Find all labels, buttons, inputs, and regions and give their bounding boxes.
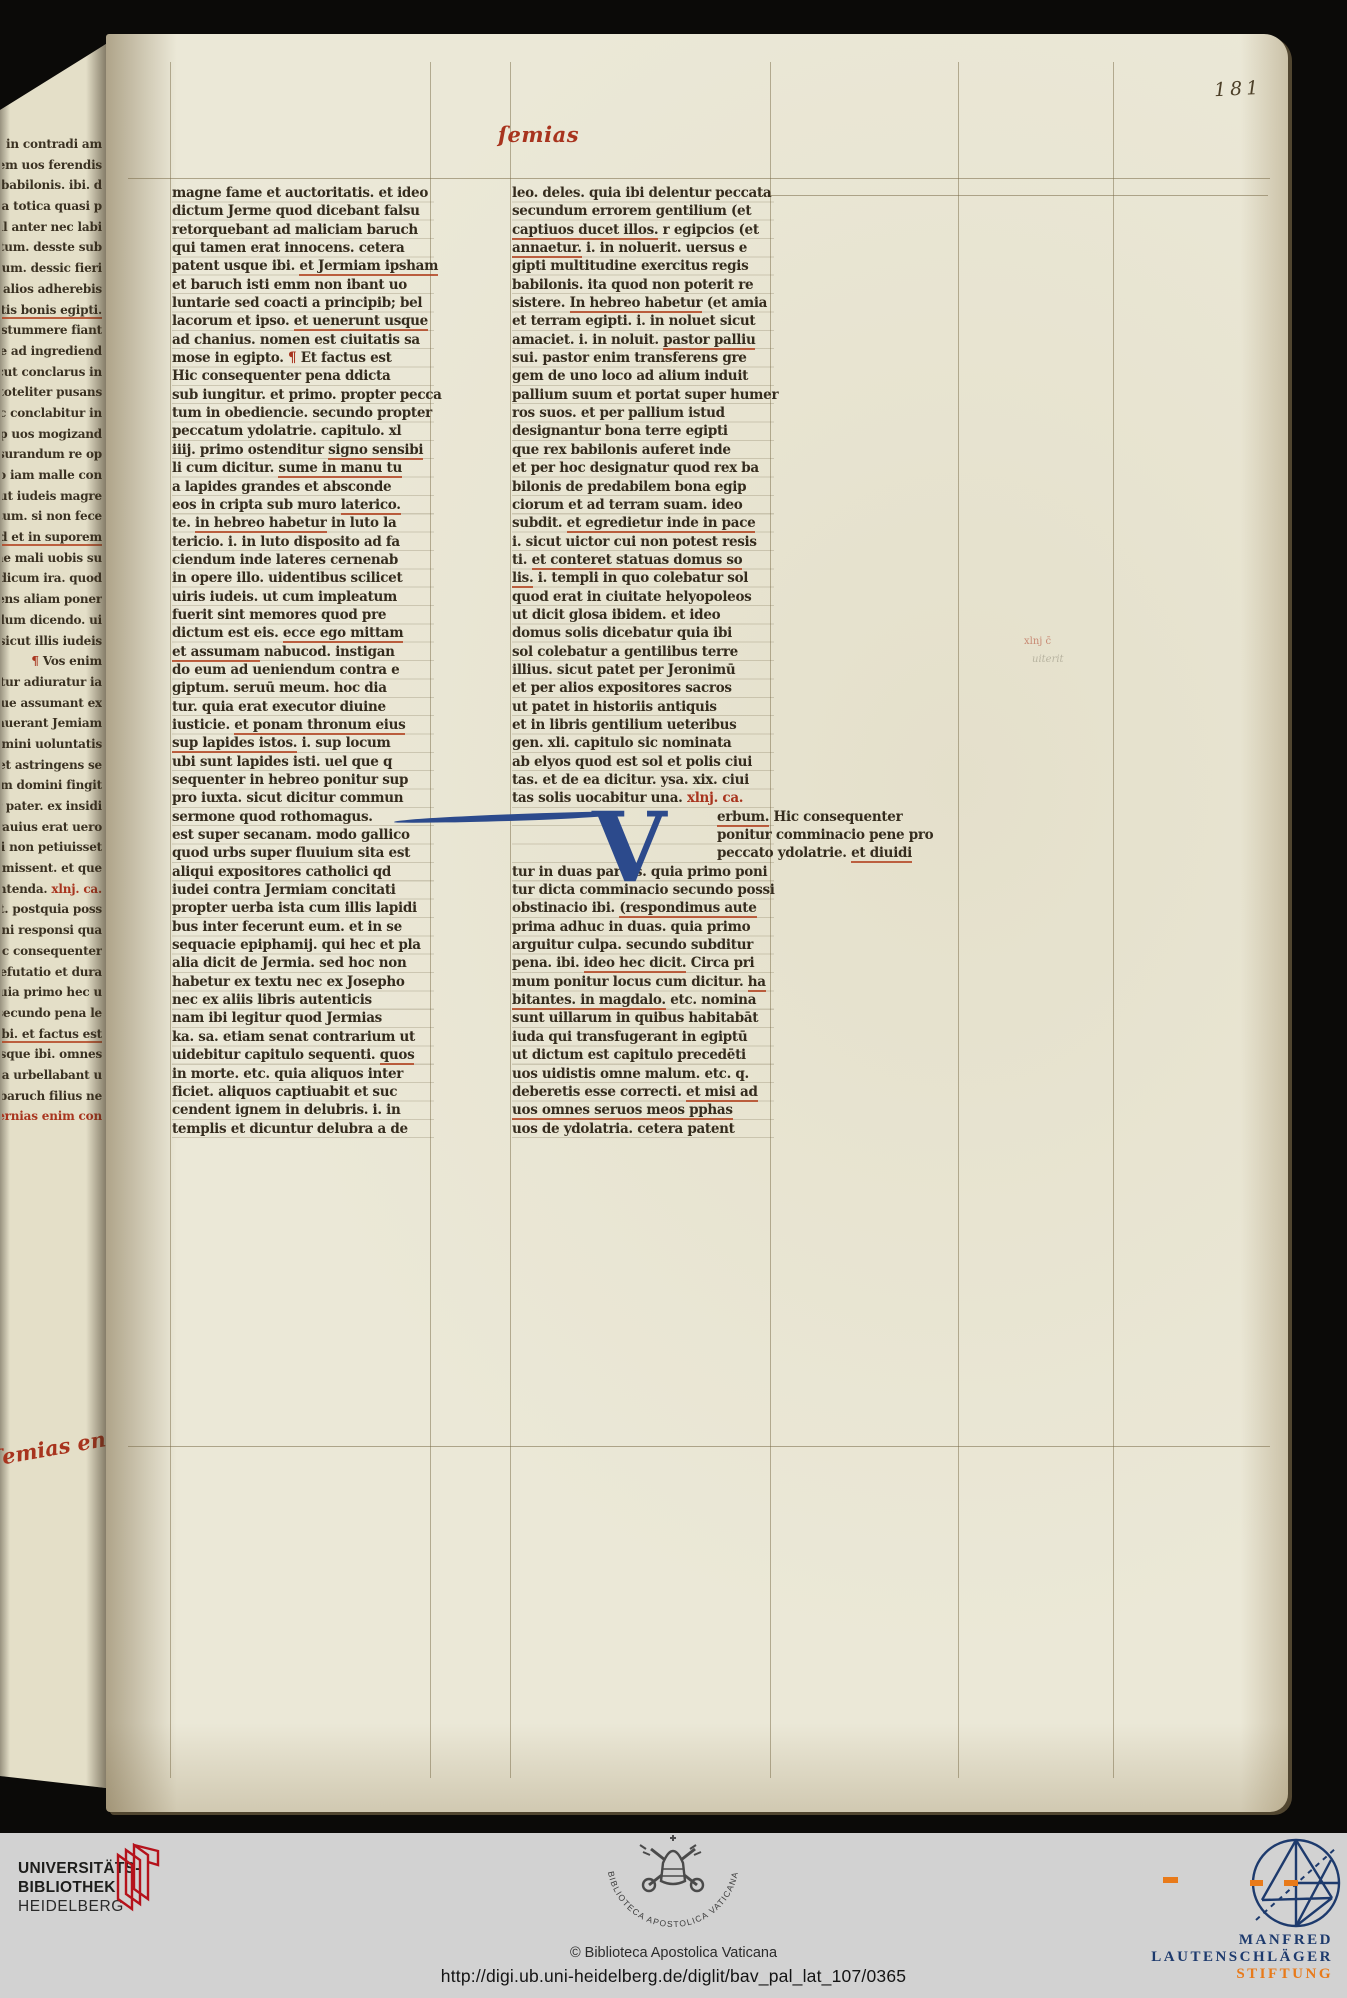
manuscript-line: et per hoc designatur quod rex ba (512, 459, 774, 477)
manuscript-line: qui tamen erat innocens. cetera (172, 239, 434, 257)
manuscript-line: templis et dicuntur delubra a de (172, 1120, 434, 1138)
running-title: ſemias (498, 122, 579, 147)
manuscript-line: uos omnes seruos meos pphas (512, 1101, 774, 1119)
manuscript-line: te. in hebreo habetur in luto la (172, 514, 434, 532)
manuscript-line: sistere. In hebreo habetur (et amia (512, 294, 774, 312)
manuscript-line: peccatum ydolatrie. capitulo. xl (172, 422, 434, 440)
manuscript-line: domus solis dicebatur quia ibi (512, 624, 774, 642)
mls-line1: MANFRED (1151, 1932, 1333, 1949)
manuscript-line: et baruch isti emm non ibant uo (172, 276, 434, 294)
ruling-vertical (1113, 62, 1114, 1778)
gutter-crease (86, 36, 106, 1798)
manuscript-line: pallium suum et portat super humer (512, 386, 774, 404)
manuscript-line: designantur bona terre egipti (512, 422, 774, 440)
manuscript-line: sui. pastor enim transferens gre (512, 349, 774, 367)
manuscript-line: est super secanam. modo gallico (172, 826, 434, 844)
manuscript-line: sup lapides istos. i. sup locum (172, 734, 434, 752)
manuscript-line: dictum Jerme quod dicebant falsu (172, 202, 434, 220)
manuscript-line: babilonis. ita quod non poterit re (512, 276, 774, 294)
mls-foundation-logo: MANFRED LAUTENSCHLÄGER STIFTUNG (1151, 1932, 1333, 1983)
folio-number: 181 (1213, 77, 1262, 101)
manuscript-line: ab elyos quod est sol et polis ciui (512, 753, 774, 771)
manuscript-line: amaciet. i. in noluit. pastor palliu (512, 331, 774, 349)
manuscript-line: sunt uillarum in quibus habitabāt (512, 1009, 774, 1027)
ruling-horizontal-top2 (770, 195, 1268, 196)
manuscript-line: iuda qui transfugerant in egiptū (512, 1028, 774, 1046)
illuminated-initial: V (592, 800, 666, 896)
manuscript-line: nec ex aliis libris autenticis (172, 991, 434, 1009)
manuscript-line: ciorum et ad terram suam. ideo (512, 496, 774, 514)
manuscript-line: subdit. et egredietur inde in pace (512, 514, 774, 532)
text-column-left: magne fame et auctoritatis. et ideodictu… (172, 184, 434, 1138)
manuscript-line: nam ibi legitur quod Jermias (172, 1009, 434, 1027)
manuscript-line: que rex babilonis auferet inde (512, 441, 774, 459)
manuscript-line: retorquebant ad maliciam baruch (172, 221, 434, 239)
manuscript-line: eos in cripta sub muro laterico. (172, 496, 434, 514)
manuscript-line: ficiet. aliquos captiuabit et suc (172, 1083, 434, 1101)
manuscript-line: iusticie. et ponam thronum eius (172, 716, 434, 734)
manuscript-line: bus inter fecerunt eum. et in se (172, 918, 434, 936)
manuscript-line: ad chanius. nomen est ciuitatis sa (172, 331, 434, 349)
manuscript-line: lis. i. templi in quo colebatur sol (512, 569, 774, 587)
manuscript-line: sequenter in hebreo ponitur sup (172, 771, 434, 789)
ruling-horizontal-top (128, 178, 1270, 179)
mls-orange-dash (1163, 1877, 1178, 1883)
manuscript-line: uidebitur capitulo sequenti. quos (172, 1046, 434, 1064)
manuscript-line: uos uidistis omne malum. etc. q. (512, 1065, 774, 1083)
manuscript-line: do eum ad ueniendum contra e (172, 661, 434, 679)
manuscript-line: cendent ignem in delubris. i. in (172, 1101, 434, 1119)
vatican-seal-icon: BIBLIOTECA APOSTOLICA VATICANA (583, 1833, 763, 1937)
manuscript-line: mose in egipto. ¶ Et factus est (172, 349, 434, 367)
manuscript-line: sermone quod rothomagus. (172, 808, 434, 826)
manuscript-line: gem de uno loco ad alium induit (512, 367, 774, 385)
manuscript-line: quod urbs super fluuium sita est (172, 844, 434, 862)
footer-bar: UNIVERSITÄTS- BIBLIOTHEK HEIDELBERG (0, 1833, 1347, 1998)
manuscript-line: annaetur. i. in noluerit. uersus e (512, 239, 774, 257)
manuscript-line: secundum errorem gentilium (et (512, 202, 774, 220)
manuscript-line: bilonis de predabilem bona egip (512, 478, 774, 496)
copyright-text: © Biblioteca Apostolica Vaticana (0, 1945, 1347, 1961)
page-scan: ne in contradi amas quem uos ferendisus … (0, 0, 1347, 1998)
source-url: http://digi.ub.uni-heidelberg.de/diglit/… (0, 1966, 1347, 1987)
manuscript-line: quod erat in ciuitate helyopoleos (512, 588, 774, 606)
manuscript-line: tum in obediencie. secundo propter (172, 404, 434, 422)
manuscript-line: lacorum et ipso. et uenerunt usque (172, 312, 434, 330)
manuscript-line: habetur ex textu nec ex Josepho (172, 973, 434, 991)
manuscript-line: ka. sa. etiam senat contrarium ut (172, 1028, 434, 1046)
manuscript-line: iiij. primo ostenditur signo sensibi (172, 441, 434, 459)
manuscript-line: sub iungitur. et primo. propter pecca (172, 386, 434, 404)
manuscript-line: ciendum inde lateres cernenab (172, 551, 434, 569)
manuscript-line: li cum dicitur. sume in manu tu (172, 459, 434, 477)
ruling-vertical (958, 62, 959, 1778)
ruling-horizontal-bottom (128, 1446, 1270, 1447)
manuscript-line: a lapides grandes et absconde (172, 478, 434, 496)
manuscript-line: dictum est eis. ecce ego mittam (172, 624, 434, 642)
manuscript-line: et assumam nabucod. instigan (172, 643, 434, 661)
manuscript-line: uiris iudeis. ut cum impleatum (172, 588, 434, 606)
manuscript-line: fuerit sint memores quod pre (172, 606, 434, 624)
manuscript-line: uos de ydolatria. cetera patent (512, 1120, 774, 1138)
manuscript-line: bitantes. in magdalo. etc. nomina (512, 991, 774, 1009)
manuscript-line: ut patet in historiis antiquis (512, 698, 774, 716)
facing-page-strip: ne in contradi amas quem uos ferendisus … (0, 36, 106, 1798)
mls-line3: STIFTUNG (1151, 1966, 1333, 1983)
manuscript-line: captiuos ducet illos. r egipcios (et (512, 221, 774, 239)
manuscript-line: aliqui expositores catholici qd (172, 863, 434, 881)
manuscript-line: i. sicut uictor cui non potest resis (512, 533, 774, 551)
manuscript-line: tericio. i. in luto disposito ad fa (172, 533, 434, 551)
manuscript-line: et in libris gentilium ueteribus (512, 716, 774, 734)
manuscript-line: iudei contra Jermiam concitati (172, 881, 434, 899)
manuscript-line: tas. et de ea dicitur. ysa. xix. ciui (512, 771, 774, 789)
manuscript-line: prima adhuc in duas. quia primo (512, 918, 774, 936)
manuscript-line: luntarie sed coacti a principib; bel (172, 294, 434, 312)
globe-icon (1248, 1836, 1344, 1932)
manuscript-line: pena. ibi. ideo hec dicit. Circa pri (512, 954, 774, 972)
manuscript-line: tur. quia erat executor diuine (172, 698, 434, 716)
ruling-vertical (170, 62, 171, 1778)
open-book-icon (114, 1843, 160, 1925)
ruling-vertical (510, 62, 511, 1778)
manuscript-line: sequacie epiphamij. qui hec et pla (172, 936, 434, 954)
manuscript-line: ut dicit glosa ibidem. et ideo (512, 606, 774, 624)
mls-line2: LAUTENSCHLÄGER (1151, 1949, 1333, 1966)
margin-note-red: xlnj c̄ (1024, 636, 1051, 647)
manuscript-line: magne fame et auctoritatis. et ideo (172, 184, 434, 202)
manuscript-line: leo. deles. quia ibi delentur peccata (512, 184, 774, 202)
manuscript-line: in opere illo. uidentibus scilicet (172, 569, 434, 587)
manuscript-line: ti. et conteret statuas domus so (512, 551, 774, 569)
manuscript-line: et per alios expositores sacros (512, 679, 774, 697)
manuscript-line: mum ponitur locus cum dicitur. ha (512, 973, 774, 991)
manuscript-line: gen. xli. capitulo sic nominata (512, 734, 774, 752)
manuscript-line: giptum. seruū meum. hoc dia (172, 679, 434, 697)
manuscript-line: patent usque ibi. et Jermiam ipsham (172, 257, 434, 275)
manuscript-page: 181 ſemias magne fame et auctoritatis. e… (106, 34, 1288, 1812)
manuscript-line: et terram egipti. i. in noluet sicut (512, 312, 774, 330)
manuscript-line: ut dictum est capitulo precedēti (512, 1046, 774, 1064)
manuscript-line: ros suos. et per pallium istud (512, 404, 774, 422)
manuscript-line: pro iuxta. sicut dicitur commun (172, 789, 434, 807)
manuscript-line: ubi sunt lapides isti. uel que q (172, 753, 434, 771)
manuscript-line: illius. sicut patet per Jeronimū (512, 661, 774, 679)
manuscript-line: deberetis esse correcti. et misi ad (512, 1083, 774, 1101)
manuscript-line: propter uerba ista cum illis lapidi (172, 899, 434, 917)
text-column-right: V leo. deles. quia ibi delentur peccatas… (512, 184, 774, 1138)
manuscript-line: arguitur culpa. secundo subditur (512, 936, 774, 954)
margin-note-gray: uiterit (1032, 654, 1064, 665)
manuscript-line: in morte. etc. quia aliquos inter (172, 1065, 434, 1083)
manuscript-line: sol colebatur a gentilibus terre (512, 643, 774, 661)
manuscript-line: alia dicit de Jermia. sed hoc non (172, 954, 434, 972)
manuscript-line: gipti multitudine exercitus regis (512, 257, 774, 275)
manuscript-line: Hic consequenter pena ddicta (172, 367, 434, 385)
